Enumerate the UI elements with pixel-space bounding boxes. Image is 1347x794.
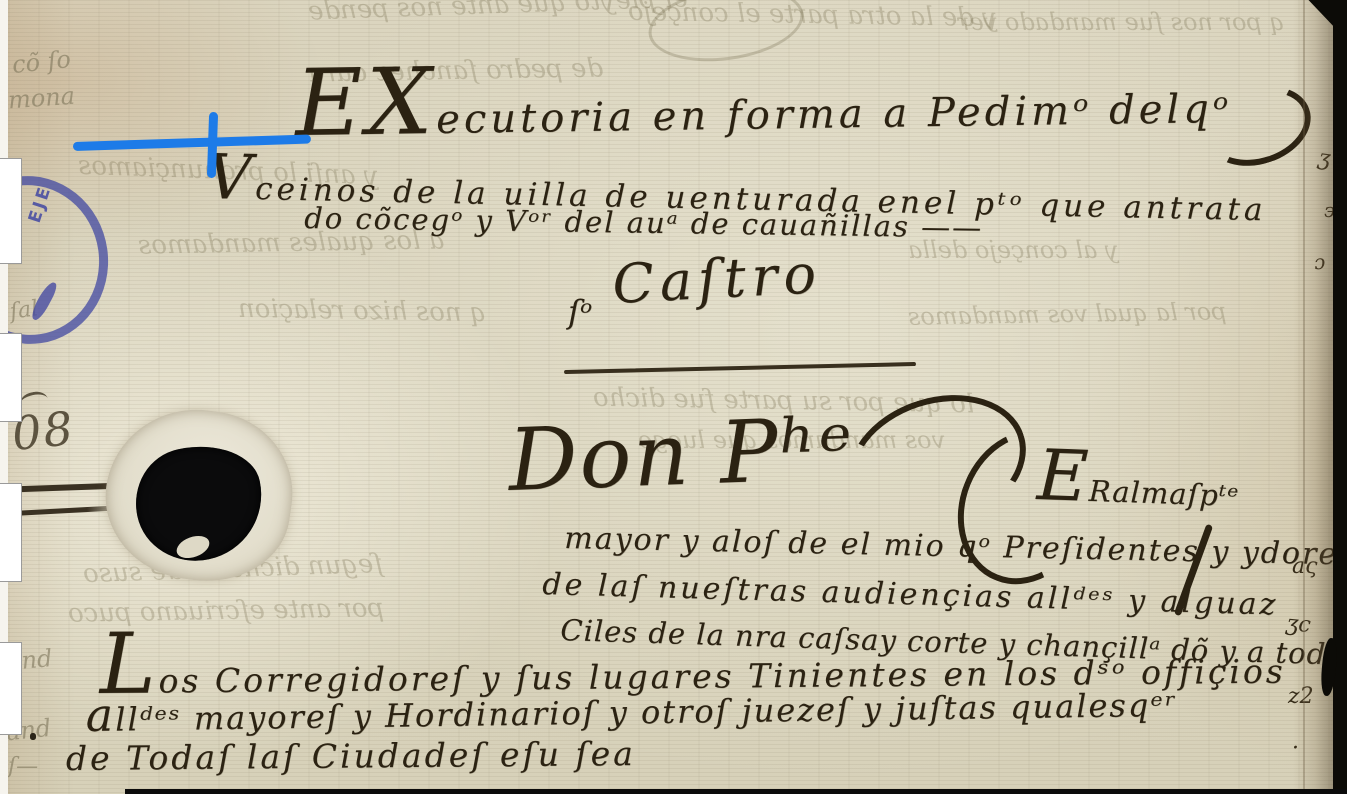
margin-mark: ſ— (8, 756, 38, 778)
line-text: Don Pʰᵉ (507, 406, 856, 504)
secretary-abbrev: ſᵒ (568, 296, 592, 328)
bleedthrough-text: q nos hizo relaçion (238, 296, 487, 326)
line-text: de Todaſ laſ Ciudadeſ eſu ſea (66, 737, 636, 775)
left-edge-panel[interactable] (0, 333, 22, 422)
bottom-black-bar (125, 789, 1347, 794)
left-edge-panel[interactable] (0, 483, 22, 582)
line-initial: E (1036, 440, 1091, 512)
line-text: llᵈᵉˢ mayoreſ y Hordinarioſ y otroſ juez… (115, 689, 1178, 736)
line-text: ſᵒ (568, 296, 592, 328)
screenshot-root: el pleyto que ante nos pende y de la otr… (0, 0, 1347, 794)
line-text: Ralmaſpᵗᵉ (1088, 477, 1239, 511)
line-text: Caſtro (611, 247, 823, 312)
line-initial: a (85, 692, 115, 738)
left-edge-panel[interactable] (0, 642, 22, 735)
margin-mark: cõ ſo (11, 47, 72, 77)
heading-initial: EX (295, 56, 437, 150)
line-text: mayor y aloſ de el mio qᵒ Preſidentes y … (564, 524, 1347, 571)
royal-name: Don Pʰᵉ (507, 406, 856, 504)
secretary-name: Caſtro (611, 247, 823, 312)
bleedthrough-text: q por nos fue mandado ver (958, 10, 1285, 34)
text-line: E Ralmaſpᵗᵉ (1036, 440, 1241, 517)
text-line: mayor y aloſ de el mio qᵒ Preſidentes y … (564, 524, 1347, 571)
heading-text: ecutoria en forma a Pedimᵒ delqᵒ (436, 89, 1232, 140)
margin-mark: mona (7, 84, 75, 113)
text-line: de Todaſ laſ Ciudadeſ eſu ſea (66, 737, 636, 775)
heading-line: EX ecutoria en forma a Pedimᵒ delqᵒ (295, 45, 1233, 150)
page-fold-crease (1303, 0, 1305, 794)
left-edge-panel[interactable] (0, 158, 22, 264)
ink-dot (30, 733, 36, 740)
signature-underline (564, 362, 916, 374)
bleedthrough-text: por la qual vos mandamos (908, 299, 1227, 329)
